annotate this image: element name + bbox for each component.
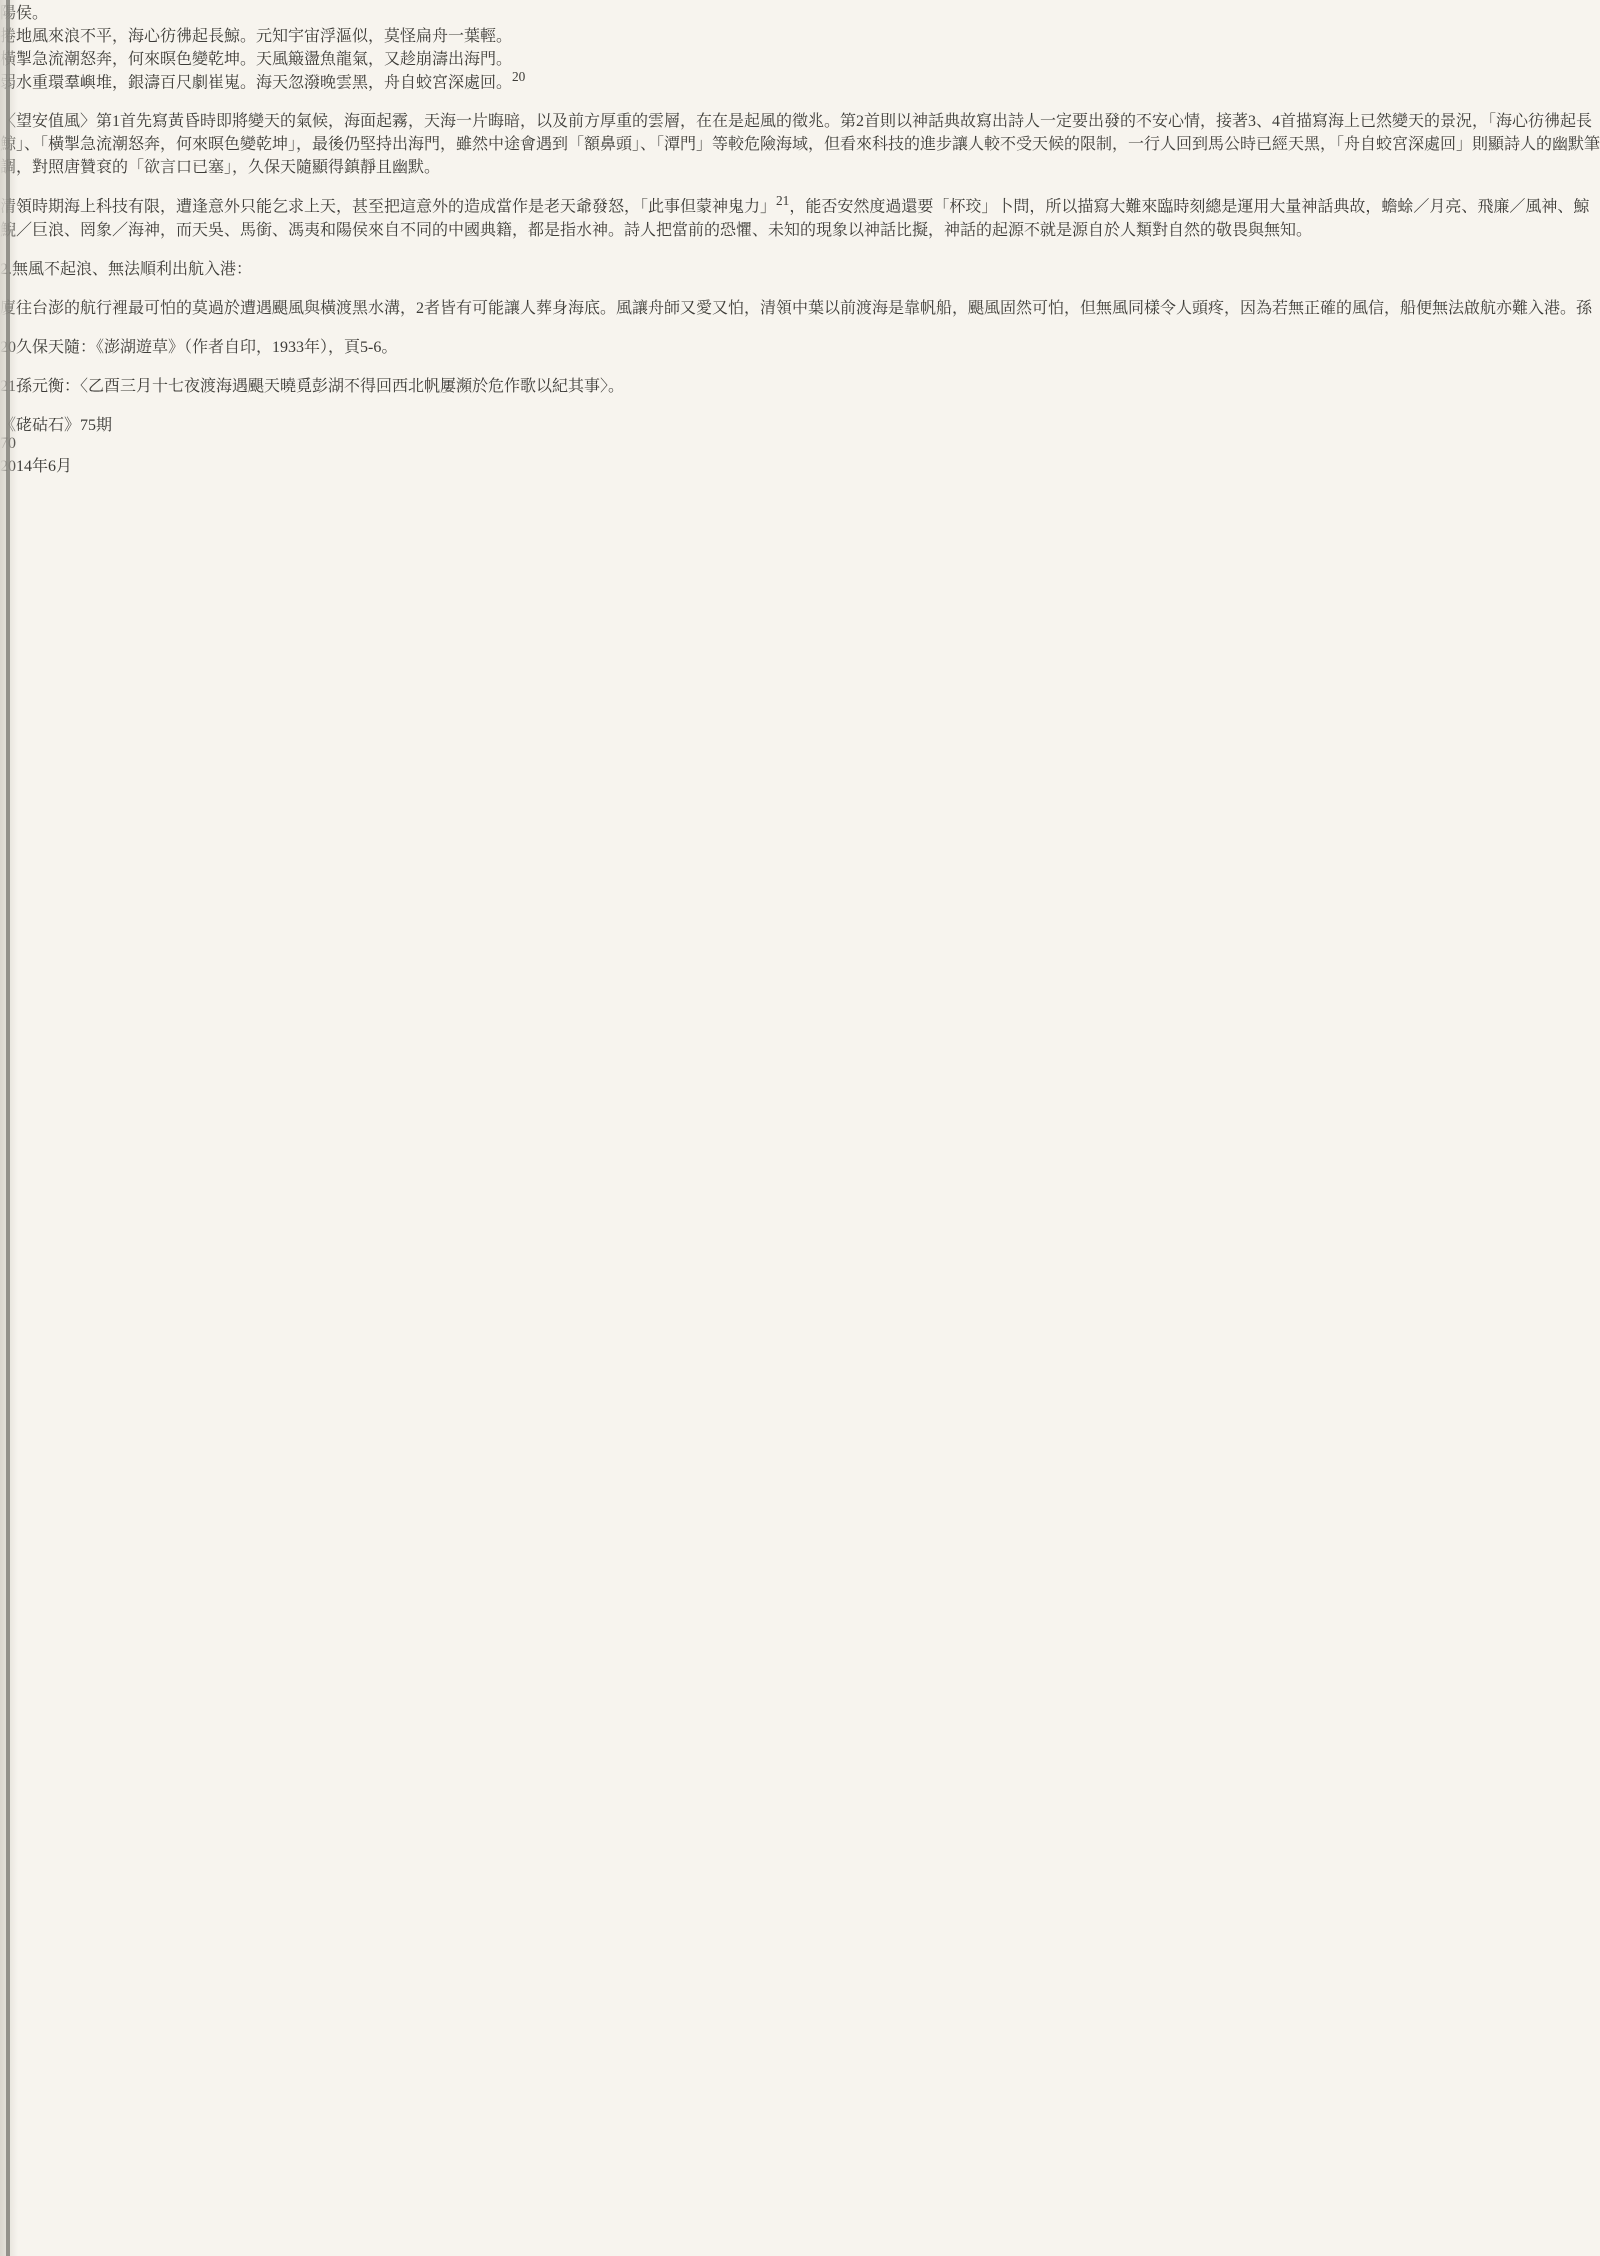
page-number-bar: 70 bbox=[0, 435, 1600, 453]
poem-stanza-3-text: 橫掣急流潮怒奔，何來暝色變乾坤。天風簸盪魚龍氣，又趁崩濤出海門。 bbox=[0, 51, 512, 68]
paragraph-1: 〈望安值風〉第1首先寫黃昏時即將變天的氣候，海面起霧，天海一片晦暗，以及前方厚重… bbox=[0, 108, 1600, 177]
footnote-ref-21: 21 bbox=[776, 193, 789, 208]
scan-left-edge-line bbox=[6, 0, 10, 2256]
poem-quote-block: 陽侯。 捲地風來浪不平，海心彷彿起長鯨。元知宇宙浮漚似，莫怪扁舟一葉輕。 橫掣急… bbox=[0, 0, 1600, 92]
footnote-20-text: 久保天隨：《澎湖遊草》（作者自印，1933年），頁5-6。 bbox=[16, 339, 397, 356]
paragraph-2-pre: 清領時期海上科技有限，遭逢意外只能乞求上天，甚至把這意外的造成當作是老天爺發怒，… bbox=[0, 199, 776, 216]
footnote-20: 20久保天隨：《澎湖遊草》（作者自印，1933年），頁5-6。 bbox=[0, 334, 1600, 357]
poem-stanza-1: 陽侯。 bbox=[0, 0, 1600, 23]
footnote-21: 21孫元衡：〈乙酉三月十七夜渡海遇颶天曉覓彭湖不得回西北帆屢瀕於危作歌以紀其事〉… bbox=[0, 373, 1600, 396]
article-body: 〈望安值風〉第1首先寫黃昏時即將變天的氣候，海面起霧，天海一片晦暗，以及前方厚重… bbox=[0, 108, 1600, 317]
poem-stanza-4-text: 弱水重環羣嶼堆，銀濤百尺劇崔嵬。海天忽潑晚雲黑，舟自蛟宮深處回。 bbox=[0, 74, 512, 91]
footnotes-block: 20久保天隨：《澎湖遊草》（作者自印，1933年），頁5-6。 21孫元衡：〈乙… bbox=[0, 334, 1600, 396]
issue-date: 2014年6月 bbox=[0, 453, 1600, 476]
poem-stanza-3: 橫掣急流潮怒奔，何來暝色變乾坤。天風簸盪魚龍氣，又趁崩濤出海門。 bbox=[0, 46, 1600, 69]
journal-title-vertical: 《硓𥑮石》75期 bbox=[0, 412, 1600, 435]
poem-stanza-4: 弱水重環羣嶼堆，銀濤百尺劇崔嵬。海天忽潑晚雲黑，舟自蛟宮深處回。20 bbox=[0, 69, 1600, 92]
paragraph-3: 廈往台澎的航行裡最可怕的莫過於遭遇颶風與橫渡黑水溝，2者皆有可能讓人葬身海底。風… bbox=[0, 295, 1600, 318]
paragraph-2: 清領時期海上科技有限，遭逢意外只能乞求上天，甚至把這意外的造成當作是老天爺發怒，… bbox=[0, 193, 1600, 239]
poem-stanza-2: 捲地風來浪不平，海心彷彿起長鯨。元知宇宙浮漚似，莫怪扁舟一葉輕。 bbox=[0, 23, 1600, 46]
poem-stanza-2-text: 捲地風來浪不平，海心彷彿起長鯨。元知宇宙浮漚似，莫怪扁舟一葉輕。 bbox=[0, 28, 512, 45]
journal-issue-unit: 期 bbox=[96, 417, 112, 434]
journal-issue-number: 75 bbox=[80, 417, 96, 434]
section-heading: 2.無風不起浪、無法順利出航入港： bbox=[0, 256, 1600, 279]
scanned-journal-page: 陽侯。 捲地風來浪不平，海心彷彿起長鯨。元知宇宙浮漚似，莫怪扁舟一葉輕。 橫掣急… bbox=[0, 0, 1600, 2256]
scan-right-shadow bbox=[1558, 0, 1600, 2256]
footnote-ref-20: 20 bbox=[512, 69, 525, 84]
footnote-21-text: 孫元衡：〈乙酉三月十七夜渡海遇颶天曉覓彭湖不得回西北帆屢瀕於危作歌以紀其事〉。 bbox=[16, 378, 624, 395]
